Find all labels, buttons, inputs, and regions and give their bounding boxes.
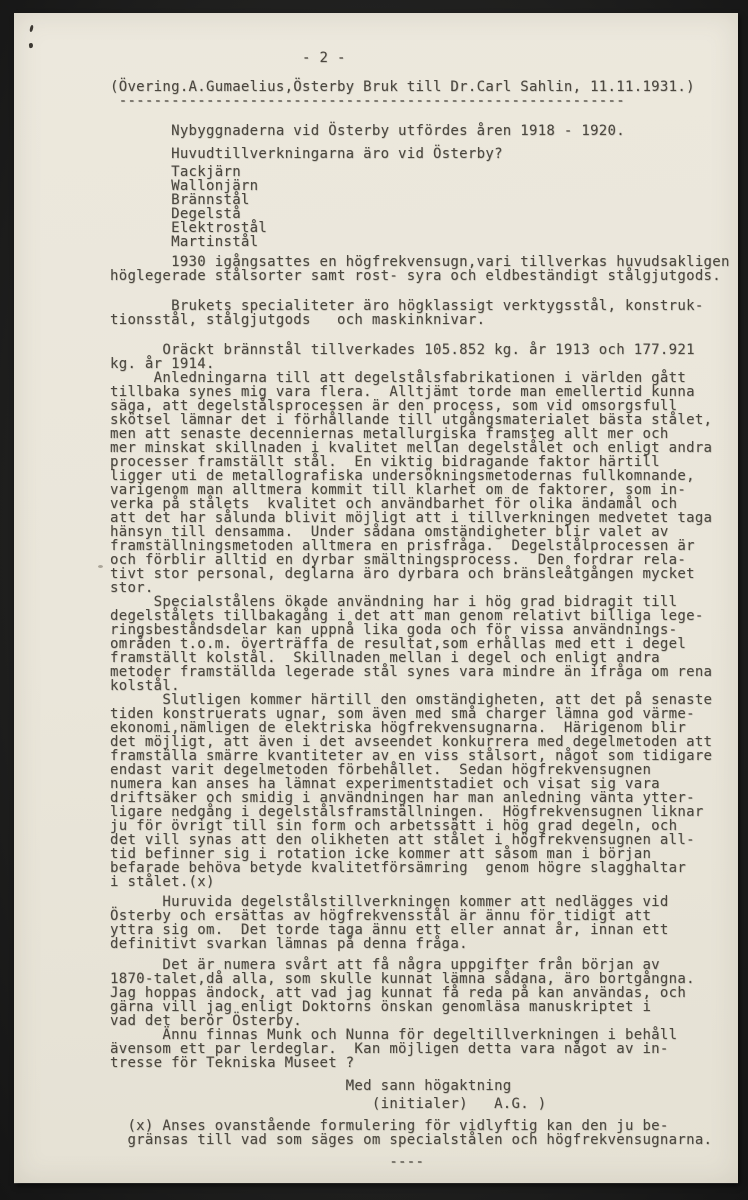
text-line: säga, att degelstålsprocessen är den pro… bbox=[110, 399, 734, 413]
text-line: Martinstål bbox=[110, 235, 734, 249]
text-line: (x) Anses ovanstående formulering för vi… bbox=[110, 1119, 734, 1133]
text-line: höglegerade stålsorter samt rost- syra o… bbox=[110, 269, 734, 283]
text-line: Nybyggnaderna vid Österby utfördes åren … bbox=[110, 124, 734, 138]
text-line: degelstålets tillbakagång i det att man … bbox=[110, 609, 734, 623]
text-line: hänsyn till densamma. Under sådana omstä… bbox=[110, 525, 734, 539]
text-line: och förblir alltid en dyrbar smältningsp… bbox=[110, 553, 734, 567]
text-line: tivt stor personal, deglarna äro dyrbara… bbox=[110, 567, 734, 581]
text-line: (initialer) A.G. ) bbox=[110, 1097, 734, 1111]
text-line: vad det berör Österby. bbox=[110, 1014, 734, 1028]
text-line: skötsel lämnar det i förhållande till ut… bbox=[110, 413, 734, 427]
text-line: Brukets specialiteter äro högklassigt ve… bbox=[110, 299, 734, 313]
page-number: - 2 - bbox=[110, 51, 734, 65]
text-line: ekonomi,nämligen de elektriska högfrekve… bbox=[110, 721, 734, 735]
text-line: det möjligt, att även i det avseendet ko… bbox=[110, 735, 734, 749]
text-line: befarade behöva betyde kvalitetförsämrin… bbox=[110, 861, 734, 875]
text-line: framställt kolstål. Skillnaden mellan i … bbox=[110, 651, 734, 665]
text-line: Wallonjärn bbox=[110, 179, 734, 193]
text-line: områden t.o.m. överträffa de resultat,so… bbox=[110, 637, 734, 651]
new-buildings-line: Nybyggnaderna vid Österby utfördes åren … bbox=[110, 124, 734, 138]
end-divider: ---- bbox=[110, 1155, 734, 1169]
text-line: varigenom man alltmera kommit till klarh… bbox=[110, 483, 734, 497]
text-line: Tackjärn bbox=[110, 165, 734, 179]
text-line: metoder framställda legerade stål synes … bbox=[110, 665, 734, 679]
letter-page: - 2 - (Övering.A.Gumaelius,Österby Bruk … bbox=[14, 13, 738, 1183]
text-line: men att senaste decenniernas metallurgis… bbox=[110, 427, 734, 441]
text-line: Slutligen kommer härtill den omständighe… bbox=[110, 693, 734, 707]
text-line: Anledningarna till att degelstålsfabrika… bbox=[110, 371, 734, 385]
text-line: Jag hoppas ändock, att vad jag kunnat få… bbox=[110, 986, 734, 1000]
product-list: Tackjärn Wallonjärn Brännstål Degelstå E… bbox=[110, 165, 734, 249]
text-line: kg. år 1914. bbox=[110, 357, 734, 371]
text-line: gärna vill jag enligt Doktorns önskan ge… bbox=[110, 1000, 734, 1014]
text-line: ----------------------------------------… bbox=[110, 94, 734, 108]
text-line: yttra sig om. Det torde taga ännu ett el… bbox=[110, 923, 734, 937]
text-line: 1870-talet,då alla, som skulle kunnat lä… bbox=[110, 972, 734, 986]
text-line: tionsstål, stålgjutgods och maskinknivar… bbox=[110, 313, 734, 327]
text-line: kolstål. bbox=[110, 679, 734, 693]
text-line: ligger uti de metallografiska undersökni… bbox=[110, 469, 734, 483]
text-line: Det är numera svårt att få några uppgift… bbox=[110, 958, 734, 972]
text-line: det vill synas att den olikheten att stå… bbox=[110, 833, 734, 847]
footnote: (x) Anses ovanstående formulering för vi… bbox=[110, 1119, 734, 1147]
text-line: Huvudtillverkningarna äro vid Österby? bbox=[110, 147, 734, 161]
text-line: (Övering.A.Gumaelius,Österby Bruk till D… bbox=[110, 80, 734, 94]
text-line: ringsbeståndsdelar kan uppnå lika goda o… bbox=[110, 623, 734, 637]
text-line: ävensom ett par lerdeglar. Kan möjligen … bbox=[110, 1042, 734, 1056]
closing-salutation: Med sann högaktning bbox=[110, 1079, 734, 1093]
text-line: ---- bbox=[110, 1155, 734, 1169]
hf-furnace-1930-paragraph: 1930 igångsattes en högfrekvensugn,vari … bbox=[110, 255, 734, 283]
text-line: Huruvida degelstålstillverkningen kommer… bbox=[110, 895, 734, 909]
text-line: tresse för Tekniska Museet ? bbox=[110, 1056, 734, 1070]
scan-background: { "colors": { "background": "#1f1f1e", "… bbox=[0, 0, 748, 1200]
text-line: - 2 - bbox=[110, 51, 734, 65]
signature-line: (initialer) A.G. ) bbox=[110, 1097, 734, 1111]
text-line: framställningsmetoden alltmera en prisfr… bbox=[110, 539, 734, 553]
text-line: driftsäker och smidig i användningen har… bbox=[110, 791, 734, 805]
text-line: att det har sålunda blivit möjligt att i… bbox=[110, 511, 734, 525]
text-line: Brännstål bbox=[110, 193, 734, 207]
text-line: tid befinner sig i rotation icke kommer … bbox=[110, 847, 734, 861]
text-line: Ännu finnas Munk och Nunna för degeltill… bbox=[110, 1028, 734, 1042]
text-line: tiden konstruerats ugnar, som även med s… bbox=[110, 707, 734, 721]
text-line: definitivt svarkan lämnas på denna fråga… bbox=[110, 937, 734, 951]
text-line: processer framställt stål. En viktig bid… bbox=[110, 455, 734, 469]
typewritten-text: - 2 - (Övering.A.Gumaelius,Österby Bruk … bbox=[14, 13, 738, 1183]
text-line: numera kan anses ha lämnat experimentsta… bbox=[110, 777, 734, 791]
text-line: tillbaka synes mig vara flera. Alltjämt … bbox=[110, 385, 734, 399]
text-line: Elektrostål bbox=[110, 221, 734, 235]
text-line: Degelstå bbox=[110, 207, 734, 221]
text-line: framställa smärre kvantiteter av en viss… bbox=[110, 749, 734, 763]
text-line: Oräckt brännstål tillverkades 105.852 kg… bbox=[110, 343, 734, 357]
text-line: Specialstålens ökade användning har i hö… bbox=[110, 595, 734, 609]
records-and-crucible-remains-paragraph: Det är numera svårt att få några uppgift… bbox=[110, 958, 734, 1070]
main-products-question: Huvudtillverkningarna äro vid Österby? bbox=[110, 147, 734, 161]
text-line: gränsas till vad som säges om specialstå… bbox=[110, 1133, 734, 1147]
text-line: 1930 igångsattes en högfrekvensugn,vari … bbox=[110, 255, 734, 269]
reference-heading: (Övering.A.Gumaelius,Österby Bruk till D… bbox=[110, 80, 734, 108]
discontinuation-paragraph: Huruvida degelstålstillverkningen kommer… bbox=[110, 895, 734, 951]
text-line: Med sann högaktning bbox=[110, 1079, 734, 1093]
text-line: endast varit degelmetoden förbehållet. S… bbox=[110, 763, 734, 777]
text-line: mer minskat skillnaden i kvalitet mellan… bbox=[110, 441, 734, 455]
text-line: ligare nedgång i degelstålsframställning… bbox=[110, 805, 734, 819]
crucible-steel-history-paragraph: Oräckt brännstål tillverkades 105.852 kg… bbox=[110, 343, 734, 889]
specialties-paragraph: Brukets specialiteter äro högklassigt ve… bbox=[110, 299, 734, 327]
text-line: i stålet.(x) bbox=[110, 875, 734, 889]
text-line: verka på stålets kvalitet och användbarh… bbox=[110, 497, 734, 511]
text-line: ju för övrigt till sin form och arbetssä… bbox=[110, 819, 734, 833]
text-line: Österby och ersättas av högfrekvensstål … bbox=[110, 909, 734, 923]
text-line: stor. bbox=[110, 581, 734, 595]
